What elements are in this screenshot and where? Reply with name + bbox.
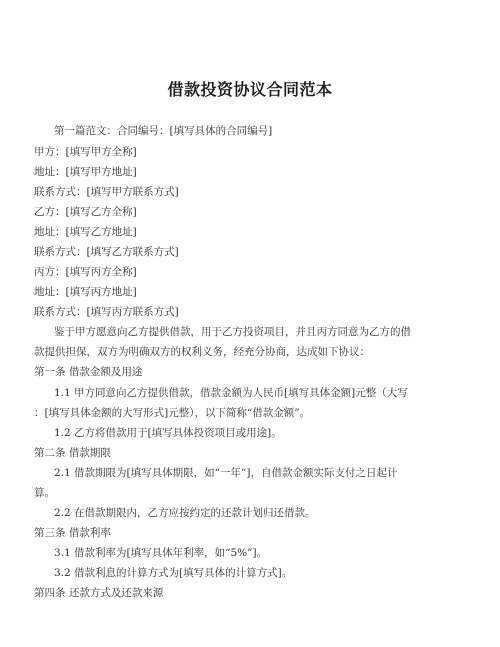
article-4-heading: 第四条 还款方式及还款来源	[34, 586, 163, 600]
party-a-contact: 联系方式：[填写甲方联系方式]	[34, 185, 179, 199]
clause-2-1-line-2: 算。	[34, 486, 55, 500]
clause-2-2: 2.2 在借款期限内，乙方应按约定的还款计划归还借款。	[54, 506, 316, 520]
clause-1-1-line-1: 1.1 甲方同意向乙方提供借款，借款金额为人民币[填写具体金额]元整（大写	[54, 386, 408, 400]
document-title: 借款投资协议合同范本	[0, 77, 500, 100]
party-b-address: 地址：[填写乙方地址]	[34, 225, 137, 239]
party-b-contact: 联系方式：[填写乙方联系方式]	[34, 245, 179, 259]
party-a-name: 甲方：[填写甲方全称]	[34, 145, 137, 159]
contract-number-line: 第一篇范文：合同编号：[填写具体的合同编号]	[54, 124, 272, 138]
document-page: 借款投资协议合同范本 第一篇范文：合同编号：[填写具体的合同编号] 甲方：[填写…	[0, 0, 500, 647]
preamble-line-2: 款提供担保，双方为明确双方的权利义务，经充分协商，达成如下协议：	[34, 345, 370, 359]
article-3-heading: 第三条 借款利率	[34, 526, 111, 540]
party-a-address: 地址：[填写甲方地址]	[34, 165, 137, 179]
party-c-address: 地址：[填写丙方地址]	[34, 285, 137, 299]
party-c-contact: 联系方式：[填写丙方联系方式]	[34, 305, 179, 319]
article-1-heading: 第一条 借款金额及用途	[34, 365, 142, 379]
clause-3-1: 3.1 借款利率为[填写具体年利率，如“5%”]。	[54, 546, 267, 560]
preamble-line-1: 鉴于甲方愿意向乙方提供借款，用于乙方投资项目，并且丙方同意为乙方的借	[54, 325, 411, 339]
article-2-heading: 第二条 借款期限	[34, 446, 111, 460]
party-b-name: 乙方：[填写乙方全称]	[34, 205, 137, 219]
clause-2-1-line-1: 2.1 借款期限为[填写具体期限，如“一年”]，自借款金额实际支付之日起计	[54, 466, 397, 480]
clause-1-1-line-2: ：[填写具体金额的大写形式]元整），以下简称“借款金额”。	[34, 406, 310, 420]
clause-1-2: 1.2 乙方将借款用于[填写具体投资项目或用途]。	[54, 426, 282, 440]
clause-3-2: 3.2 借款利息的计算方式为[填写具体的计算方式]。	[54, 566, 292, 580]
party-c-name: 丙方：[填写丙方全称]	[34, 265, 137, 279]
